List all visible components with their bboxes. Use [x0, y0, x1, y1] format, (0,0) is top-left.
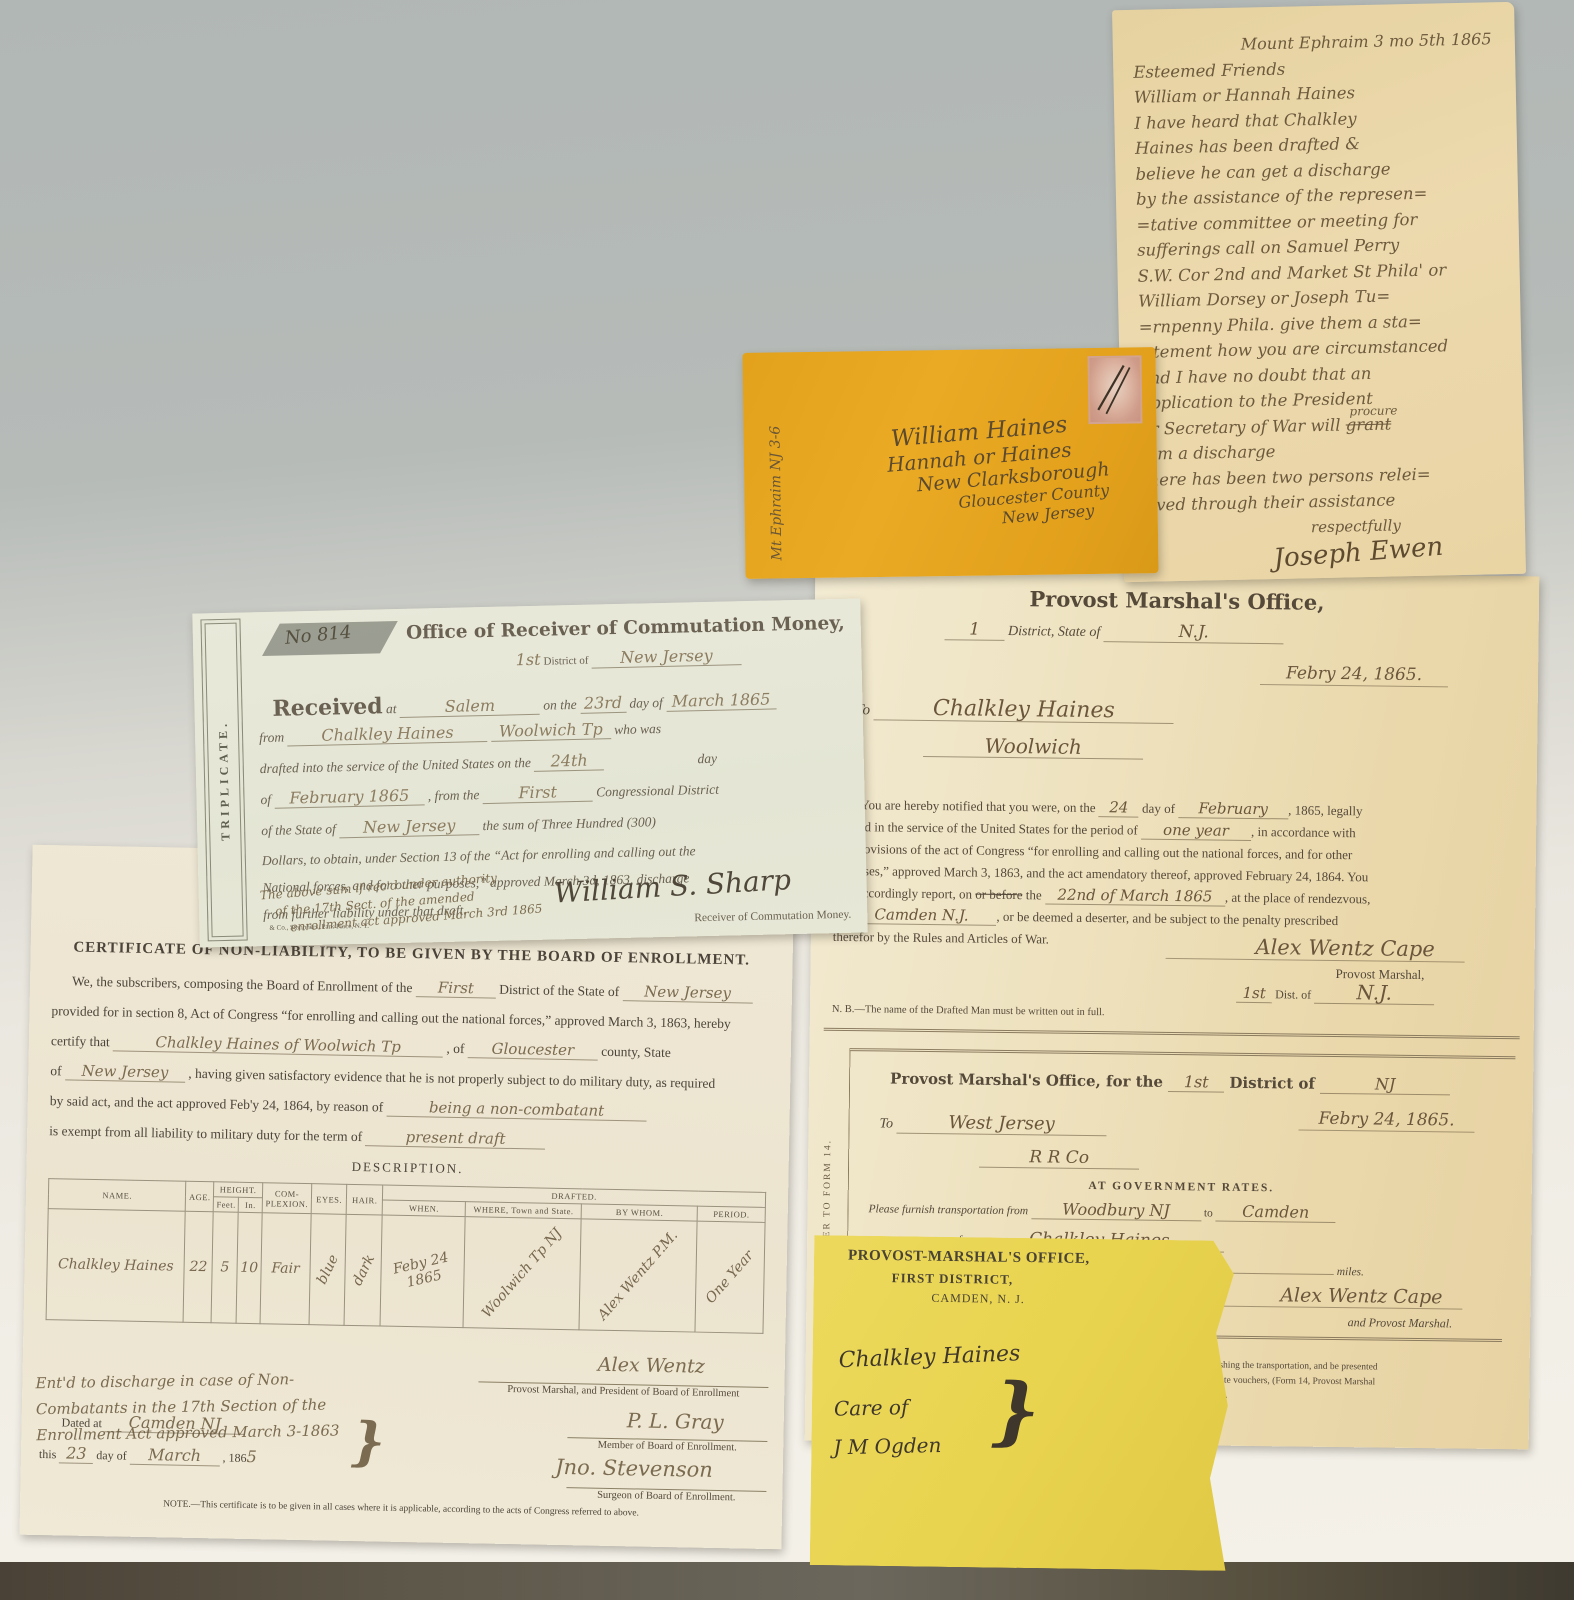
voucher-fine-print: sons furnishing the transportation, and … [1181, 1358, 1512, 1407]
photo-of-civil-war-documents: Provost Marshal's Office, 1 District, St… [0, 0, 1574, 1600]
receipt-title: Office of Receiver of Commutation Money, [406, 613, 845, 644]
receipt-month-line: of February 1865 , from the First Congre… [260, 781, 719, 809]
triplicate-label: TRIPLICATE. [215, 719, 233, 840]
struck-or-before: or before [975, 887, 1022, 903]
voucher-railroad: R R Co [979, 1149, 1139, 1170]
voucher-addressee: To West Jersey [879, 1113, 1106, 1136]
receipt-received-line: Received at Salem on the 23rd day of Mar… [272, 684, 776, 721]
yellow-envelope: PROVOST-MARSHAL'S OFFICE, FIRST DISTRICT… [810, 1235, 1235, 1571]
orange-envelope: Mt Ephraim NJ 3-6 William Haines Hannah … [742, 347, 1158, 579]
triplicate-band: TRIPLICATE. [200, 619, 247, 942]
cert-para-line: certify that Chalkley Haines of Woolwich… [51, 1033, 671, 1062]
voucher-sig-caption: and Provost Marshal. [1348, 1315, 1453, 1331]
cell-period: One Year [695, 1221, 765, 1333]
envelope-address-block: William Haines Hannah or Haines New Clar… [890, 408, 1114, 536]
envelope-side-note-handwritten: Mt Ephraim NJ 3-6 [767, 380, 786, 560]
addressee-town-handwritten: Woolwich [923, 735, 1143, 760]
receipt-state-line: of the State of New Jersey the sum of Th… [261, 813, 656, 840]
voucher-date-handwritten: Febry 24, 1865. [1298, 1109, 1474, 1133]
dated-line-2: this 23 day of March , 1865 [39, 1443, 257, 1467]
voucher-signature-handwritten: Alex Wentz Cape [1210, 1283, 1462, 1309]
nb-note: N. B.—The name of the Drafted Man must b… [832, 1004, 1105, 1018]
addressee-name-handwritten: Chalkley Haines [874, 696, 1174, 724]
receipt-body-line: Dollars, to obtain, under Section 13 of … [262, 843, 696, 869]
receipt-sig-caption: Receiver of Commutation Money. [694, 909, 851, 925]
receipt-handwritten-note: The above sum if rec'd under authority o… [259, 867, 543, 939]
furnish-line: Please furnish transportation from Woodb… [868, 1199, 1335, 1223]
yenv-handwritten-agent: J M Ogden [833, 1433, 941, 1459]
provost-body-paragraph: You are hereby notified that you were, o… [833, 794, 1519, 956]
provost-addressee: To Chalkley Haines [855, 696, 1173, 724]
yenv-district-line: FIRST DISTRICT, [892, 1270, 1014, 1288]
description-title: DESCRIPTION. [26, 1153, 788, 1184]
cell-by-whom: Alex Wentz P.M. [579, 1219, 697, 1332]
certificate-title: CERTIFICATE OF NON-LIABILITY, TO BE GIVE… [31, 939, 793, 971]
voucher-header: Provost Marshal's Office, for the 1st Di… [890, 1070, 1450, 1096]
cert-signature-2: P. L. Gray [627, 1408, 724, 1434]
cell-when: Feby 24 1865 [380, 1215, 465, 1328]
cert-para-line: of New Jersey , having given satisfactor… [50, 1063, 715, 1093]
cert-para-line: provided for in section 8, Act of Congre… [51, 1003, 730, 1032]
provost-district-line: 1 District, State of N.J. [944, 621, 1283, 644]
cell-name: Chalkley Haines [46, 1209, 186, 1323]
district-label: District, State of [1008, 624, 1100, 640]
section-divider-rule [824, 1028, 1520, 1040]
receipt-drafted-line: drafted into the service of the United S… [260, 750, 718, 778]
cert-para-line: by said act, and the act approved Feb'y … [50, 1093, 647, 1121]
cell-age: 22 [184, 1211, 214, 1323]
provost-date-handwritten: Febry 24, 1865. [1260, 663, 1448, 687]
dated-line-1: Dated at Camden NJ [61, 1413, 245, 1434]
table-data-row: Chalkley Haines 22 5 10 Fair blue dark F… [46, 1209, 765, 1334]
cell-feet: 5 [211, 1212, 238, 1323]
letter-dateline: Mount Ephraim 3 mo 5th 1865 [1241, 26, 1495, 57]
receipt-signature: William S. Sharp [552, 863, 791, 910]
cert-sig1-caption: Provost Marshal, and President of Board … [478, 1381, 768, 1400]
certificate-of-non-liability: CERTIFICATE OF NON-LIABILITY, TO BE GIVE… [19, 845, 794, 1550]
handwritten-letter: Mount Ephraim 3 mo 5th 1865 Esteemed Fri… [1112, 2, 1526, 582]
receipt-district-line: 1st District of New Jersey [515, 645, 741, 670]
yenv-city-line: CAMDEN, N. J. [931, 1291, 1025, 1307]
distance-blank [1224, 1273, 1334, 1275]
receipt-from-line: from Chalkley Haines Woolwich Tp who was [259, 720, 661, 747]
government-rates-label: AT GOVERNMENT RATES. [849, 1177, 1514, 1197]
district-state-handwritten: N.J. [1104, 623, 1284, 644]
yenv-office-line: PROVOST-MARSHAL'S OFFICE, [848, 1248, 1090, 1268]
cell-complexion: Fair [260, 1213, 311, 1325]
cert-para-line: is exempt from all liability to military… [49, 1123, 546, 1149]
cert-signature-3: Jno. Stevenson [555, 1455, 713, 1482]
cert-sig2-caption: Member of Board of Enrollment. [567, 1437, 767, 1454]
table-edge [0, 1562, 1574, 1600]
provost-addressee-town: Woolwich [923, 735, 1143, 760]
cell-eyes: blue [309, 1214, 346, 1326]
cell-hair: dark [344, 1214, 382, 1326]
cert-signature-1: Alex Wentz [598, 1354, 705, 1378]
provost-header: Provost Marshal's Office, [815, 584, 1539, 618]
yenv-brace: } [991, 1368, 1040, 1455]
dated-brace: } [351, 1411, 386, 1473]
commutation-money-receipt: TRIPLICATE. No 814 Office of Receiver of… [192, 598, 867, 947]
cert-handwritten-note: Ent'd to discharge in case of Non- Comba… [35, 1365, 339, 1448]
district-number-handwritten: 1 [944, 621, 1004, 641]
cell-where: Woolwich Tp NJ [463, 1217, 581, 1330]
description-table: NAME. AGE. HEIGHT. COM-PLEXION. EYES. HA… [46, 1178, 767, 1334]
cell-inches: 10 [236, 1212, 262, 1323]
yenv-handwritten-care-of: Care of [834, 1395, 909, 1421]
letter-signature: Joseph Ewen [1273, 530, 1506, 572]
provost-district-signoff: 1st Dist. of N.J. [1236, 981, 1434, 1005]
cert-sig3-caption: Surgeon of Board of Enrollment. [566, 1487, 766, 1504]
inserted-word: procure [1349, 398, 1397, 424]
provost-signature-handwritten: Alex Wentz Cape [1165, 934, 1465, 963]
cert-para-line: We, the subscribers, composing the Board… [52, 973, 753, 1003]
